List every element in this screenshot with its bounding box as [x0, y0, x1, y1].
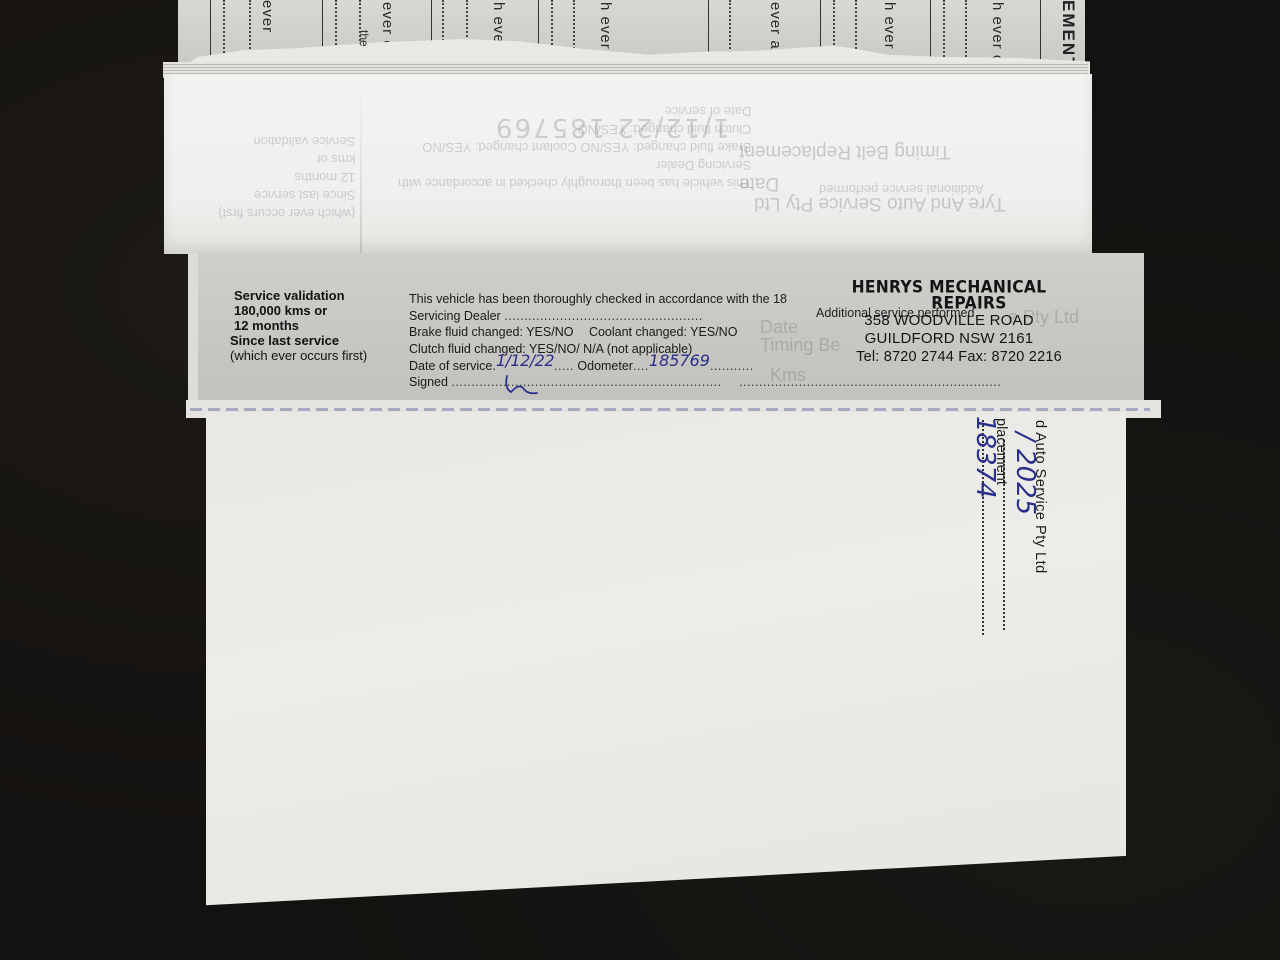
coolant-label: Coolant changed: YES/NO [589, 325, 737, 339]
handwritten-kms: 18374 [970, 416, 1000, 499]
mirrored-timing-belt: Timing Belt Replacement [739, 142, 951, 160]
brake-fluid-label: Brake fluid changed: YES/NO [409, 325, 573, 339]
service-validation-heading: Service validation 180,000 kms or 12 mon… [234, 288, 367, 363]
servicing-dealer-label: Servicing Dealer [409, 309, 501, 323]
odometer-value: 185769 [649, 351, 710, 370]
back-column-text: ever [259, 0, 276, 33]
dealer-suburb: GUILDFORD NSW 2161 [804, 330, 1094, 348]
handwritten-year: / 2025 [1010, 432, 1040, 515]
perforation-line [190, 408, 1150, 411]
mirrored-date: Date [739, 174, 779, 192]
statement-text: This vehicle has been thoroughly checked… [409, 292, 787, 306]
dealer-stamp: HENRYS MECHANICAL REPAIRS 358 WOODVILLE … [804, 279, 1094, 366]
mirrored-validation-block: (which ever occurs first) Since last ser… [218, 132, 355, 222]
date-of-service-label: Date of service. [409, 359, 496, 373]
folded-sheet: (which ever occurs first) Since last ser… [164, 74, 1092, 254]
torn-peek-text: the [357, 30, 371, 47]
service-validation-band: Service validation 180,000 kms or 12 mon… [198, 253, 1144, 411]
dealer-address: 358 WOODVILLE ROAD [804, 312, 1094, 330]
mirrored-company: Tyre And Auto Service Pty Ltd [754, 194, 1005, 212]
dealer-name-line2: REPAIRS [844, 294, 1094, 312]
signed-label: Signed [409, 375, 448, 389]
handwriting-impression: 1/12/22 185769 [494, 112, 730, 142]
dealer-phone: Tel: 8720 2744 Fax: 8720 2216 [824, 348, 1094, 366]
